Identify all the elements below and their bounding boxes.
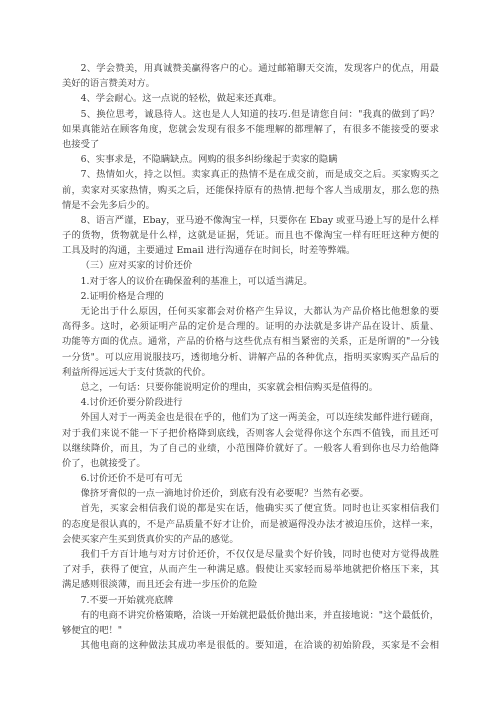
text-line: 功能等方面的优点。通常，产品的价格与这些优点有相当紧密的关系，正是所谓的"一分钱: [62, 334, 439, 349]
text-line: 子的货物，货物就是什么样，这就是证据，凭证。而且也不像淘宝一样有旺旺这种方便的: [62, 228, 439, 243]
text-line: 1.对于客人的议价在确保盈利的基准上，可以适当满足。: [62, 274, 439, 289]
text-line: 7、热情如火，持之以恒。卖家真正的热情不是在成交前，而是成交之后。买家购买之: [62, 167, 439, 182]
text-line: 会使买家产生买到货真价实的产品的感觉。: [62, 532, 439, 547]
text-line: 的态度是很认真的，不是产品质量不好才让价，而是被逼得没办法才被迫压价，这样一来，: [62, 517, 439, 532]
text-line: 有的电商不讲究价格策略，洽谈一开始就把最低价抛出来，并直接地说："这个最低价，: [62, 608, 439, 623]
document-page: 2、学会赞美，用真诚赞美赢得客户的心。通过邮箱聊天交流，发现客户的优点，用最美好…: [0, 0, 500, 708]
text-block: 2、学会赞美，用真诚赞美赢得客户的心。通过邮箱聊天交流，发现客户的优点，用最美好…: [62, 61, 439, 653]
text-line: 也接受了: [62, 137, 439, 152]
text-line: 高得多。这时，必须证明产品的定价是合理的。证明的办法就是多讲产品在设计、质量、: [62, 319, 439, 334]
text-line: 总之，一句话：只要你能说明定价的理由，买家就会相信购买是值得的。: [62, 380, 439, 395]
text-line: 6、实事求是，不隐瞒缺点。网购的很多纠纷缘起于卖家的隐瞒: [62, 152, 439, 167]
text-line: 如果真能站在顾客角度，您就会发现有很多不能理解的都理解了，有很多不能接受的要求: [62, 122, 439, 137]
text-line: 美好的语言赞美对方。: [62, 76, 439, 91]
text-line: 首先，买家会相信我们说的都是实在话，他确实买了便宜货。同时也让买家相信我们: [62, 501, 439, 516]
text-line: 其他电商的这种做法其成功率是很低的。要知道，在洽谈的初始阶段，买家是不会相: [62, 638, 439, 653]
text-line: 以继续降价，而且，为了自己的业绩，小范围降价就好了。一般客人看到你也尽力给他降: [62, 441, 439, 456]
text-line: （三）应对买家的讨价还价: [62, 258, 439, 273]
text-line: 2.证明价格是合理的: [62, 289, 439, 304]
text-line: 了对手，获得了便宜，从而产生一种满足感。假使让买家轻而易举地就把价格压下来，其: [62, 562, 439, 577]
text-line: 6.讨价还价不是可有可无: [62, 471, 439, 486]
text-line: 外国人对于一两美金也是很在乎的，他们为了这一两美金，可以连续发邮件进行磋商，: [62, 410, 439, 425]
text-line: 像挤牙膏似的一点一滴地讨价还价，到底有没有必要呢？当然有必要。: [62, 486, 439, 501]
text-line: 4、学会耐心。这一点说的轻松，做起来还真难。: [62, 91, 439, 106]
text-line: 对于我们来说不能一下子把价格降到底线，否则客人会觉得你这个东西不值钱，而且还可: [62, 426, 439, 441]
text-line: 情是不会先多后少的。: [62, 198, 439, 213]
text-line: 4.讨价还价要分阶段进行: [62, 395, 439, 410]
text-line: 2、学会赞美，用真诚赞美赢得客户的心。通过邮箱聊天交流，发现客户的优点，用最: [62, 61, 439, 76]
text-line: 满足感则很淡薄，而且还会有进一步压价的危险: [62, 577, 439, 592]
text-line: 利益所得远远大于支付货款的代价。: [62, 365, 439, 380]
text-line: 工具及时的沟通，主要通过 Email 进行沟通存在时间长，时差等弊端。: [62, 243, 439, 258]
text-line: 前，卖家对买家热情，购买之后，还能保持原有的热情.把每个客人当成朋友，那么您的热: [62, 183, 439, 198]
text-line: 7.不要一开始就亮底牌: [62, 593, 439, 608]
text-line: 够便宜的吧！": [62, 623, 439, 638]
text-line: 一分货"。可以应用说服技巧，透彻地分析、讲解产品的各种优点，指明买家购买产品后的: [62, 350, 439, 365]
text-line: 价了，也就接受了。: [62, 456, 439, 471]
text-line: 无论出于什么原因，任何买家都会对价格产生异议，大都认为产品价格比他想象的要: [62, 304, 439, 319]
text-line: 5、换位思考，诚恳待人。这也是人人知道的技巧.但是请您自问："我真的做到了吗？: [62, 107, 439, 122]
text-line: 8、语言严谨，Ebay，亚马逊不像淘宝一样，只要你在 Ebay 或亚马逊上写的是…: [62, 213, 439, 228]
text-line: 我们千方百计地与对方讨价还价，不仅仅是尽量卖个好价钱，同时也使对方觉得战胜: [62, 547, 439, 562]
